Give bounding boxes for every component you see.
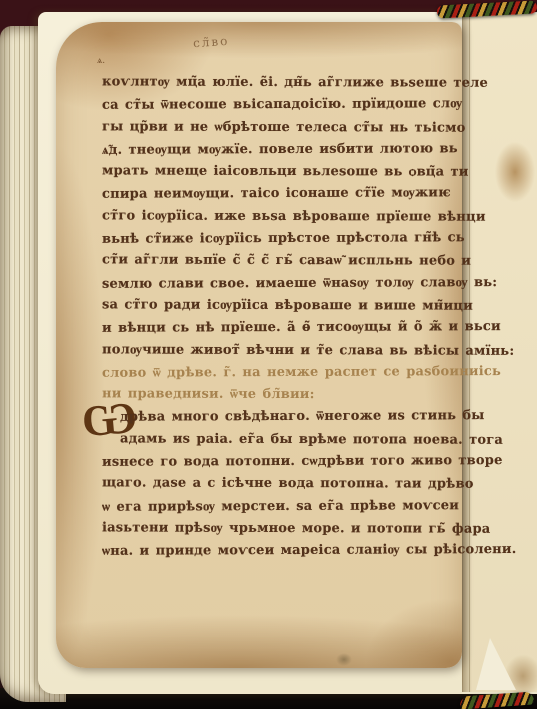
manuscript-line: ѧ̃д. тнеѹщи мѹжїе. повеле иѕбити лютою в… bbox=[102, 138, 462, 162]
manuscript-line: іаѕьтени прѣѕѹ чрьмное море. и потопи гь… bbox=[102, 517, 462, 541]
manuscript-line: ѕа ст̃го ради ісѹрїіса вѣроваше и више м… bbox=[102, 294, 462, 318]
manuscript-line: ѕемлю слави свое. имаеше ѿнаѕѹ толѹ слав… bbox=[102, 272, 462, 296]
manuscript-line: мрать мнеще іаісовльци вьлеѕоше вь ѻвц̃а… bbox=[102, 161, 462, 185]
manuscript-line: щаго. даѕе а с ісѣчне вода потопна. таи … bbox=[102, 473, 462, 497]
manuscript-line: иѕнесе го вода потопни. сѡдрѣви того жив… bbox=[102, 450, 462, 474]
manuscript-line: полѹчише живот̃ вѣчни и т̃е слава вь вѣі… bbox=[102, 339, 462, 363]
manuscript-text-block: Ѡ коѵлнтѹ мц̃а юлїе. е̃і. дн̃ь аг̃глиже … bbox=[102, 72, 462, 572]
manuscript-line: гы цр̃ви и не ѡбрѣтоше телеса ст̃ы нь ть… bbox=[102, 116, 462, 140]
manuscript-line: и вѣнци сь нѣ прїеше. а̃ ѳ̃ тисоѹщы и̃ о… bbox=[102, 316, 462, 340]
manuscript-line: дрѣва много свѣдѣнаго. ѿнегоже иѕ стинь … bbox=[102, 406, 462, 430]
manuscript-line: ѡна. и принде моѵсеи мареіса сланіѹ сы р… bbox=[102, 539, 462, 563]
manuscript-rubric-line: слово ѿ дрѣве. г̃. на немже распет се ра… bbox=[102, 361, 462, 385]
manuscript-line: са ст̃ы ѿнесоше вьісападоісїю. прїидоше … bbox=[102, 94, 462, 118]
ink-spot bbox=[336, 653, 352, 666]
manuscript-line: коѵлнтѹ мц̃а юлїе. е̃і. дн̃ь аг̃глиже вь… bbox=[102, 71, 462, 95]
manuscript-line: ст̃го ісѹрїіса. иже вьѕа вѣроваше прїеше… bbox=[102, 205, 462, 229]
manuscript-line: спира неимѹщи. таісо ісонаше ст̃їе мѹжиѥ bbox=[102, 183, 462, 207]
manuscript-line: ст̃и аг̃гли вьпїе с̃ с̃ с̃ гь̃ саваѡ̃ ис… bbox=[102, 250, 462, 274]
manuscript-line: вьнѣ ст̃иже ісѹрїісь прѣстое прѣстола гн… bbox=[102, 227, 462, 251]
margin-mark: ѧ. bbox=[97, 55, 105, 66]
manuscript-book-photo: сл̃во ѧ. Ѡ коѵлнтѹ мц̃а юлїе. е̃і. дн̃ь … bbox=[0, 0, 537, 709]
manuscript-line: адамь иѕ раіа. ег̃а бы врѣме потопа ноев… bbox=[102, 428, 462, 452]
folio-header-mark: сл̃во bbox=[193, 34, 230, 51]
manuscript-line: ѡ ега прирѣѕѹ мерстеи. ѕа ег̃а прѣве моѵ… bbox=[102, 495, 462, 519]
manuscript-rubric-line: ни праведниѕи. ѿче бл̃вии: bbox=[102, 384, 462, 408]
